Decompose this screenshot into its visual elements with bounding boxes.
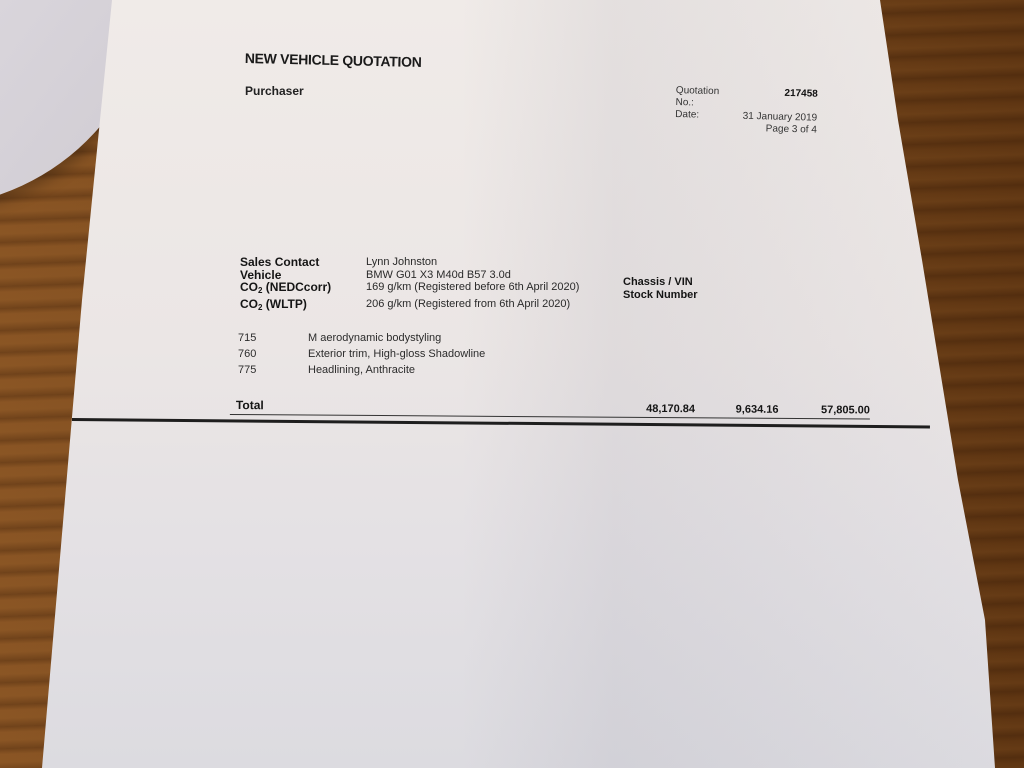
detail-label: Sales Contact bbox=[240, 256, 366, 269]
vehicle-details: Sales Contact Lynn Johnston Vehicle BMW … bbox=[240, 256, 621, 314]
quotation-meta: Quotation No.: 217458 Date: 31 January 2… bbox=[675, 85, 818, 137]
detail-value: Lynn Johnston bbox=[366, 256, 621, 269]
detail-value: 169 g/km (Registered before 6th April 20… bbox=[366, 281, 621, 298]
detail-value: BMW G01 X3 M40d B57 3.0d bbox=[366, 269, 621, 282]
option-description: Headlining, Anthracite bbox=[308, 362, 415, 378]
vehicle-id-labels: Chassis / VIN Stock Number bbox=[623, 276, 698, 302]
option-code: 760 bbox=[238, 346, 308, 362]
detail-label: CO2 (NEDCcorr) bbox=[240, 281, 366, 298]
total-net-amount: 48,170.84 bbox=[617, 403, 695, 416]
detail-row-co2-nedc: CO2 (NEDCcorr) 169 g/km (Registered befo… bbox=[240, 281, 621, 298]
option-description: M aerodynamic bodystyling bbox=[308, 330, 441, 346]
quotation-number-label: Quotation No.: bbox=[675, 85, 738, 111]
option-code: 715 bbox=[238, 330, 308, 346]
option-item: 760 Exterior trim, High-gloss Shadowline bbox=[238, 346, 485, 362]
stock-number-label: Stock Number bbox=[623, 289, 698, 302]
detail-row-sales-contact: Sales Contact Lynn Johnston bbox=[240, 256, 621, 269]
date-label: Date: bbox=[675, 109, 737, 123]
total-gross-amount: 57,805.00 bbox=[778, 404, 870, 417]
option-item: 715 M aerodynamic bodystyling bbox=[238, 330, 485, 346]
quotation-number-row: Quotation No.: 217458 bbox=[675, 85, 818, 113]
detail-label: CO2 (WLTP) bbox=[240, 298, 366, 315]
label-main: CO bbox=[240, 297, 258, 311]
quotation-number: 217458 bbox=[737, 87, 818, 113]
label-rest: (WLTP) bbox=[262, 297, 306, 311]
option-item: 775 Headlining, Anthracite bbox=[238, 362, 485, 378]
purchaser-label: Purchaser bbox=[245, 84, 304, 98]
date-value: 31 January 2019 bbox=[737, 111, 817, 125]
option-description: Exterior trim, High-gloss Shadowline bbox=[308, 346, 485, 362]
quotation-paper bbox=[0, 0, 1024, 768]
label-rest: (NEDCcorr) bbox=[262, 280, 331, 294]
detail-row-co2-wltp: CO2 (WLTP) 206 g/km (Registered from 6th… bbox=[240, 298, 621, 315]
chassis-vin-label: Chassis / VIN bbox=[623, 276, 698, 289]
total-label: Total bbox=[230, 398, 618, 415]
option-list: 715 M aerodynamic bodystyling 760 Exteri… bbox=[238, 330, 485, 378]
detail-value: 206 g/km (Registered from 6th April 2020… bbox=[366, 298, 621, 315]
option-code: 775 bbox=[238, 362, 308, 378]
total-vat-amount: 9,634.16 bbox=[695, 403, 779, 416]
label-main: CO bbox=[240, 280, 258, 294]
